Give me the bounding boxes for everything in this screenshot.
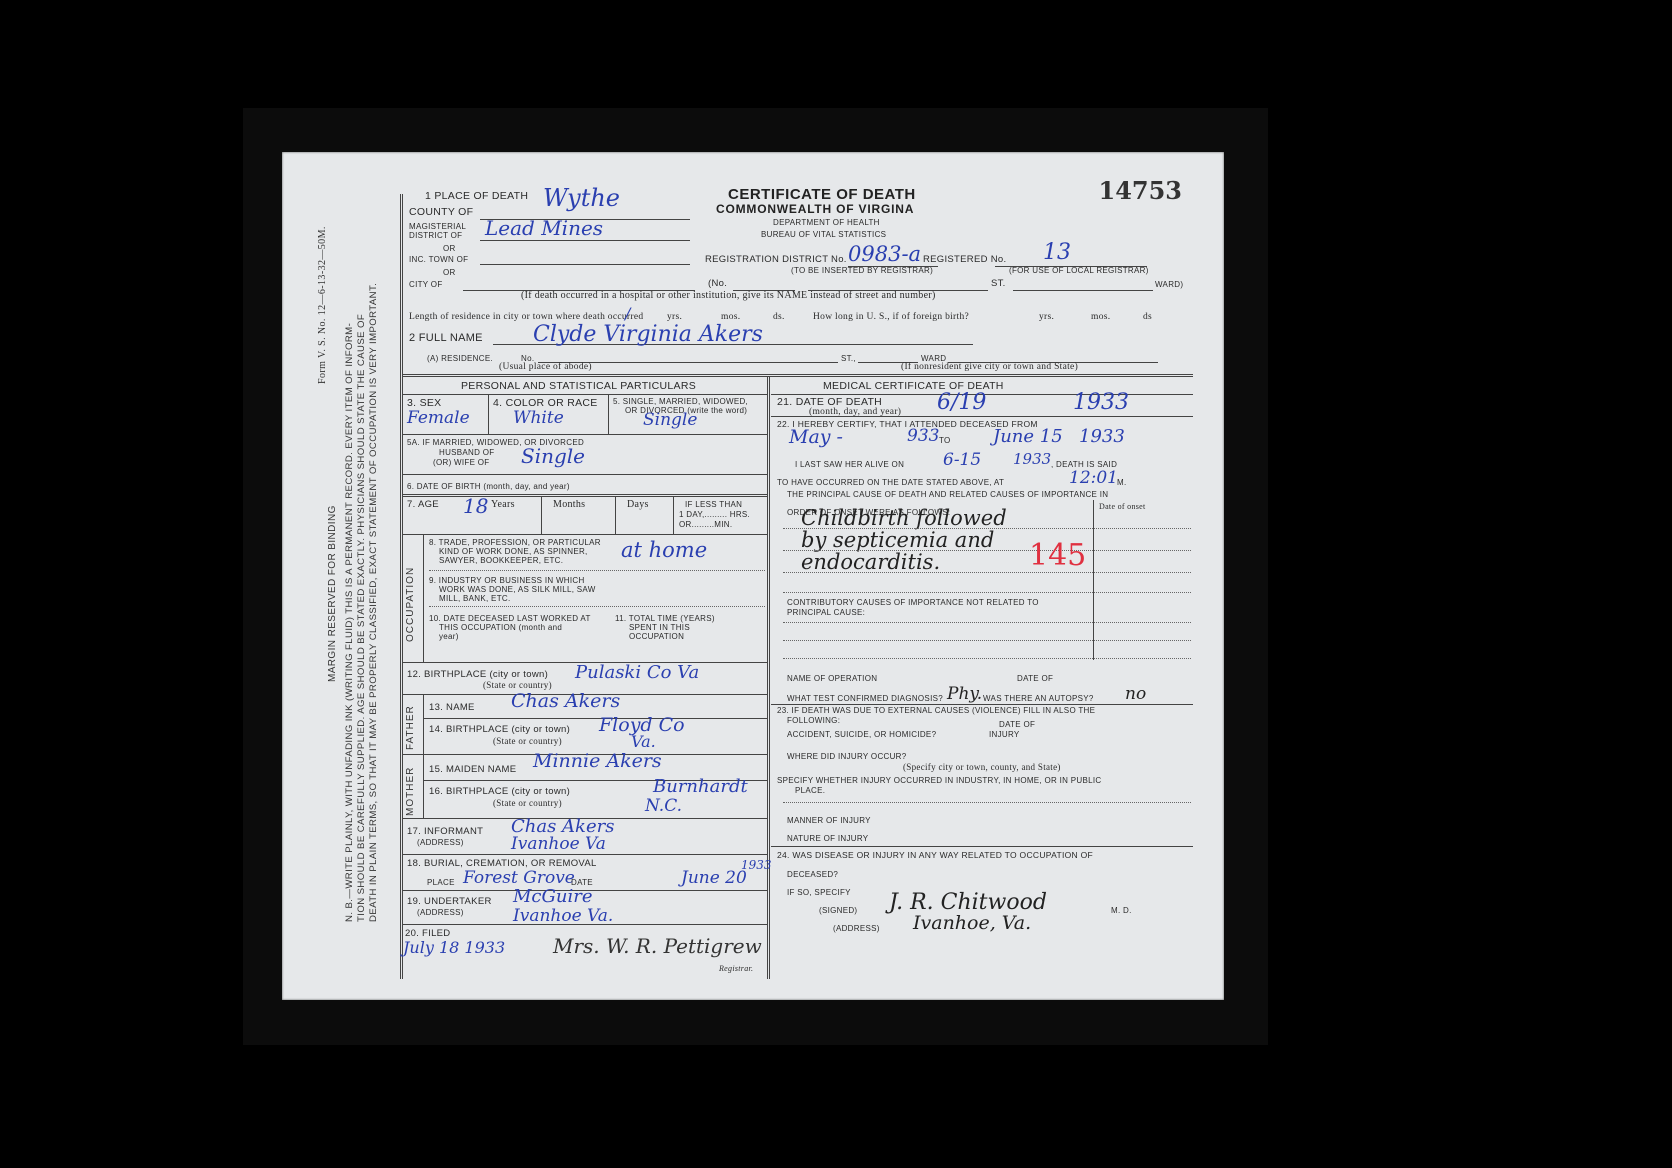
- industry-label-3: MILL, BANK, ETC.: [439, 594, 510, 603]
- foreign-birth-label: How long in U. S., if of foreign birth?: [813, 312, 969, 322]
- mother-birthplace-value: Burnhardt: [653, 776, 748, 797]
- days-label: Days: [627, 499, 649, 510]
- occurred-label: TO HAVE OCCURRED ON THE DATE STATED ABOV…: [777, 478, 1004, 487]
- or-label: OR: [443, 244, 456, 253]
- undertaker-label: 19. UNDERTAKER: [407, 896, 492, 907]
- contributory-label-2: PRINCIPAL CAUSE:: [787, 608, 865, 617]
- ward-label: WARD): [1155, 280, 1183, 289]
- registration-district-note: (TO BE INSERTED BY REGISTRAR): [791, 266, 933, 275]
- mos-label: mos.: [721, 312, 740, 322]
- years-label: Years: [491, 499, 515, 510]
- spouse-label-2: HUSBAND OF: [439, 448, 494, 457]
- specify-label-2: PLACE.: [795, 786, 825, 795]
- lastwork-label-1: 10. DATE DECEASED LAST WORKED AT: [429, 614, 591, 623]
- where-injury-label: WHERE DID INJURY OCCUR?: [787, 752, 907, 761]
- attended-from-value: May -: [789, 426, 843, 448]
- trade-label-3: SAWYER, BOOKKEEPER, ETC.: [439, 556, 563, 565]
- residence-st-label: ST.,: [841, 354, 856, 363]
- marital-value: Single: [643, 410, 697, 430]
- nature-injury-label: NATURE OF INJURY: [787, 834, 868, 843]
- county-value: Wythe: [543, 184, 620, 212]
- sex-value: Female: [407, 408, 470, 428]
- certificate-subtitle: COMMONWEALTH OF VIRGINA: [716, 202, 914, 216]
- st-label: ST.: [991, 278, 1006, 289]
- full-name-label: 2 FULL NAME: [409, 332, 483, 344]
- trade-label-1: 8. TRADE, PROFESSION, OR PARTICULAR: [429, 538, 601, 547]
- trade-label-2: KIND OF WORK DONE, AS SPINNER,: [439, 547, 588, 556]
- age-label: 7. AGE: [407, 499, 439, 510]
- place-of-death-label: 1 PLACE OF DEATH: [425, 190, 528, 202]
- external-causes-label-1: 23. IF DEATH WAS DUE TO EXTERNAL CAUSES …: [777, 706, 1095, 715]
- nonresident-note: (If nonresident give city or town and St…: [901, 362, 1078, 372]
- last-saw-year: 1933: [1013, 450, 1051, 468]
- informant-label: 17. INFORMANT: [407, 826, 483, 837]
- residence-length-value: /: [625, 304, 630, 323]
- district-label-1: MAGISTERIAL: [409, 222, 466, 231]
- registration-district-value: 0983-a: [848, 242, 921, 266]
- mother-name-value: Minnie Akers: [533, 750, 662, 772]
- physician-address-value: Ivanhoe, Va.: [913, 912, 1031, 934]
- operation-date-label: DATE OF: [1017, 674, 1053, 683]
- age-value: 18: [463, 494, 488, 518]
- spouse-value: Single: [521, 444, 585, 468]
- residence-length-label: Length of residence in city or town wher…: [409, 312, 643, 322]
- father-name-label: 13. NAME: [429, 702, 475, 713]
- time-value: 12:01: [1069, 468, 1118, 488]
- registered-no-note: (FOR USE OF LOCAL REGISTRAR): [1009, 266, 1149, 275]
- burial-place-label: PLACE: [427, 878, 455, 887]
- mother-birthplace-label: 16. BIRTHPLACE (city or town): [429, 786, 570, 797]
- test-value: Phy.: [947, 684, 982, 704]
- injury-date-label: DATE OF: [999, 720, 1035, 729]
- father-name-value: Chas Akers: [511, 690, 620, 712]
- undertaker-address-label: (ADDRESS): [417, 908, 464, 917]
- if-so-label: IF SO, SPECIFY: [787, 888, 851, 897]
- instructions-line-2: TION SHOULD BE CAREFULLY SUPPLIED. AGE S…: [356, 314, 367, 922]
- ds-label: ds.: [773, 312, 785, 322]
- district-value: Lead Mines: [485, 216, 603, 240]
- mother-birthplace-sub: (State or country): [493, 798, 562, 808]
- principal-cause-label-1: THE PRINCIPAL CAUSE OF DEATH AND RELATED…: [787, 490, 1108, 499]
- last-saw-value: 6-15: [943, 450, 981, 470]
- industry-label-1: 9. INDUSTRY OR BUSINESS IN WHICH: [429, 576, 585, 585]
- related-occupation-label-1: 24. WAS DISEASE OR INJURY IN ANY WAY REL…: [777, 850, 1093, 860]
- dob-label: 6. DATE OF BIRTH (month, day, and year): [407, 482, 570, 491]
- district-label-2: DISTRICT OF: [409, 231, 462, 240]
- signed-label: (SIGNED): [819, 906, 857, 915]
- trade-value: at home: [621, 538, 707, 562]
- cause-line-2: by septicemia and: [801, 528, 994, 552]
- attended-from-year: 933: [907, 426, 939, 446]
- instructions-line-1: N. B.—WRITE PLAINLY, WITH UNFADING INK (…: [344, 323, 355, 922]
- totaltime-label-2: SPENT IN THIS: [629, 623, 690, 632]
- county-label: COUNTY OF: [409, 206, 473, 218]
- race-value: White: [513, 408, 564, 428]
- marital-label-1: 5. SINGLE, MARRIED, WIDOWED,: [613, 397, 748, 406]
- attended-to-year: 1933: [1079, 426, 1125, 447]
- registration-district-label: REGISTRATION DISTRICT No.: [705, 254, 847, 265]
- mother-birthplace-state: N.C.: [645, 796, 682, 816]
- related-occupation-label-2: DECEASED?: [787, 870, 838, 879]
- totaltime-label-3: OCCUPATION: [629, 632, 684, 641]
- death-certificate: Form V. S. No. 12—6-13-32—50M. MARGIN RE…: [282, 152, 1224, 1000]
- manner-injury-label: MANNER OF INJURY: [787, 816, 871, 825]
- mos-label-2: mos.: [1091, 312, 1110, 322]
- mother-name-label: 15. MAIDEN NAME: [429, 764, 516, 775]
- personal-heading: PERSONAL AND STATISTICAL PARTICULARS: [461, 380, 696, 392]
- birthplace-label: 12. BIRTHPLACE (city or town): [407, 669, 548, 680]
- cause-code: 145: [1029, 538, 1086, 573]
- industry-label-2: WORK WAS DONE, AS SILK MILL, SAW: [439, 585, 596, 594]
- autopsy-label: WAS THERE AN AUTOPSY?: [983, 694, 1094, 703]
- filed-date-value: July 18 1933: [403, 938, 505, 957]
- undertaker-address-value: Ivanhoe Va.: [513, 906, 613, 926]
- informant-address-value: Ivanhoe Va: [511, 834, 606, 854]
- where-injury-sub: (Specify city or town, county, and State…: [903, 762, 1061, 772]
- hospital-note: (If death occurred in a hospital or othe…: [521, 290, 936, 301]
- instructions-line-3: DEATH IN PLAIN TERMS, SO THAT IT MAY BE …: [368, 283, 379, 922]
- burial-year-value: 1933: [741, 858, 772, 872]
- mother-side-label: MOTHER: [405, 767, 416, 816]
- external-causes-label-2: FOLLOWING:: [787, 716, 840, 725]
- father-birthplace-state: Va.: [631, 732, 656, 751]
- burial-date-value: June 20: [681, 868, 747, 888]
- less-than-label-2: 1 DAY,......... HRS.: [679, 510, 750, 519]
- undertaker-value: McGuire: [513, 886, 593, 907]
- attended-to-value: June 15: [993, 426, 1063, 447]
- ds-label-2: ds: [1143, 312, 1152, 322]
- time-suffix: M.: [1117, 478, 1127, 487]
- registered-no-label: REGISTERED No.: [923, 254, 1006, 265]
- bureau-label: BUREAU OF VITAL STATISTICS: [761, 230, 886, 239]
- registered-no-value: 13: [1043, 240, 1071, 265]
- months-label: Months: [553, 499, 585, 510]
- contributory-label-1: CONTRIBUTORY CAUSES OF IMPORTANCE NOT RE…: [787, 598, 1039, 607]
- less-than-label-3: OR.........MIN.: [679, 520, 732, 529]
- occupation-side-label: OCCUPATION: [405, 567, 416, 642]
- spouse-label-3: (OR) WIFE OF: [433, 458, 489, 467]
- or-label-2: OR: [443, 268, 456, 277]
- no-label: (No.: [708, 278, 727, 289]
- father-side-label: FATHER: [405, 705, 416, 750]
- town-label: INC. TOWN OF: [409, 255, 468, 264]
- totaltime-label-1: 11. TOTAL TIME (YEARS): [615, 614, 715, 623]
- lastwork-label-2: THIS OCCUPATION (month and: [439, 623, 562, 632]
- yrs-label-2: yrs.: [1039, 312, 1054, 322]
- residence-label: (A) RESIDENCE.: [427, 354, 493, 363]
- injury-label: INJURY: [989, 730, 1020, 739]
- md-label: M. D.: [1111, 906, 1132, 915]
- certificate-title: CERTIFICATE OF DEATH: [728, 186, 916, 203]
- form-body: CERTIFICATE OF DEATH COMMONWEALTH OF VIR…: [400, 194, 1193, 979]
- binding-margin-note: MARGIN RESERVED FOR BINDING: [327, 505, 338, 682]
- operation-label: NAME OF OPERATION: [787, 674, 877, 683]
- onset-header: Date of onset: [1099, 502, 1146, 511]
- abode-note: (Usual place of abode): [499, 362, 592, 372]
- dod-year-value: 1933: [1073, 390, 1129, 415]
- father-birthplace-sub: (State or country): [493, 736, 562, 746]
- specify-label-1: SPECIFY WHETHER INJURY OCCURRED IN INDUS…: [777, 776, 1101, 785]
- lastwork-label-3: year): [439, 632, 459, 641]
- accident-label: ACCIDENT, SUICIDE, OR HOMICIDE?: [787, 730, 936, 739]
- department-label: DEPARTMENT OF HEALTH: [773, 218, 880, 227]
- birthplace-value: Pulaski Co Va: [575, 662, 699, 683]
- registrar-label: Registrar.: [719, 964, 753, 973]
- full-name-value: Clyde Virginia Akers: [533, 322, 763, 347]
- last-saw-label: I LAST SAW HER ALIVE ON: [795, 460, 904, 469]
- yrs-label: yrs.: [667, 312, 682, 322]
- cause-line-1: Childbirth followed: [801, 506, 1007, 530]
- birthplace-sub: (State or country): [483, 680, 552, 690]
- father-birthplace-label: 14. BIRTHPLACE (city or town): [429, 724, 570, 735]
- dod-value: 6/19: [937, 390, 986, 415]
- burial-place-value: Forest Grove: [463, 868, 575, 888]
- registrar-signature: Mrs. W. R. Pettigrew: [553, 934, 762, 958]
- physician-address-label: (ADDRESS): [833, 924, 880, 933]
- informant-address-label: (ADDRESS): [417, 838, 464, 847]
- form-id: Form V. S. No. 12—6-13-32—50M.: [317, 226, 328, 384]
- less-than-label-1: IF LESS THAN: [685, 500, 742, 509]
- test-label: WHAT TEST CONFIRMED DIAGNOSIS?: [787, 694, 943, 703]
- cause-line-3: endocarditis.: [801, 550, 940, 574]
- autopsy-value: no: [1125, 684, 1146, 704]
- to-label: TO: [939, 436, 951, 445]
- city-label: CITY OF: [409, 280, 443, 289]
